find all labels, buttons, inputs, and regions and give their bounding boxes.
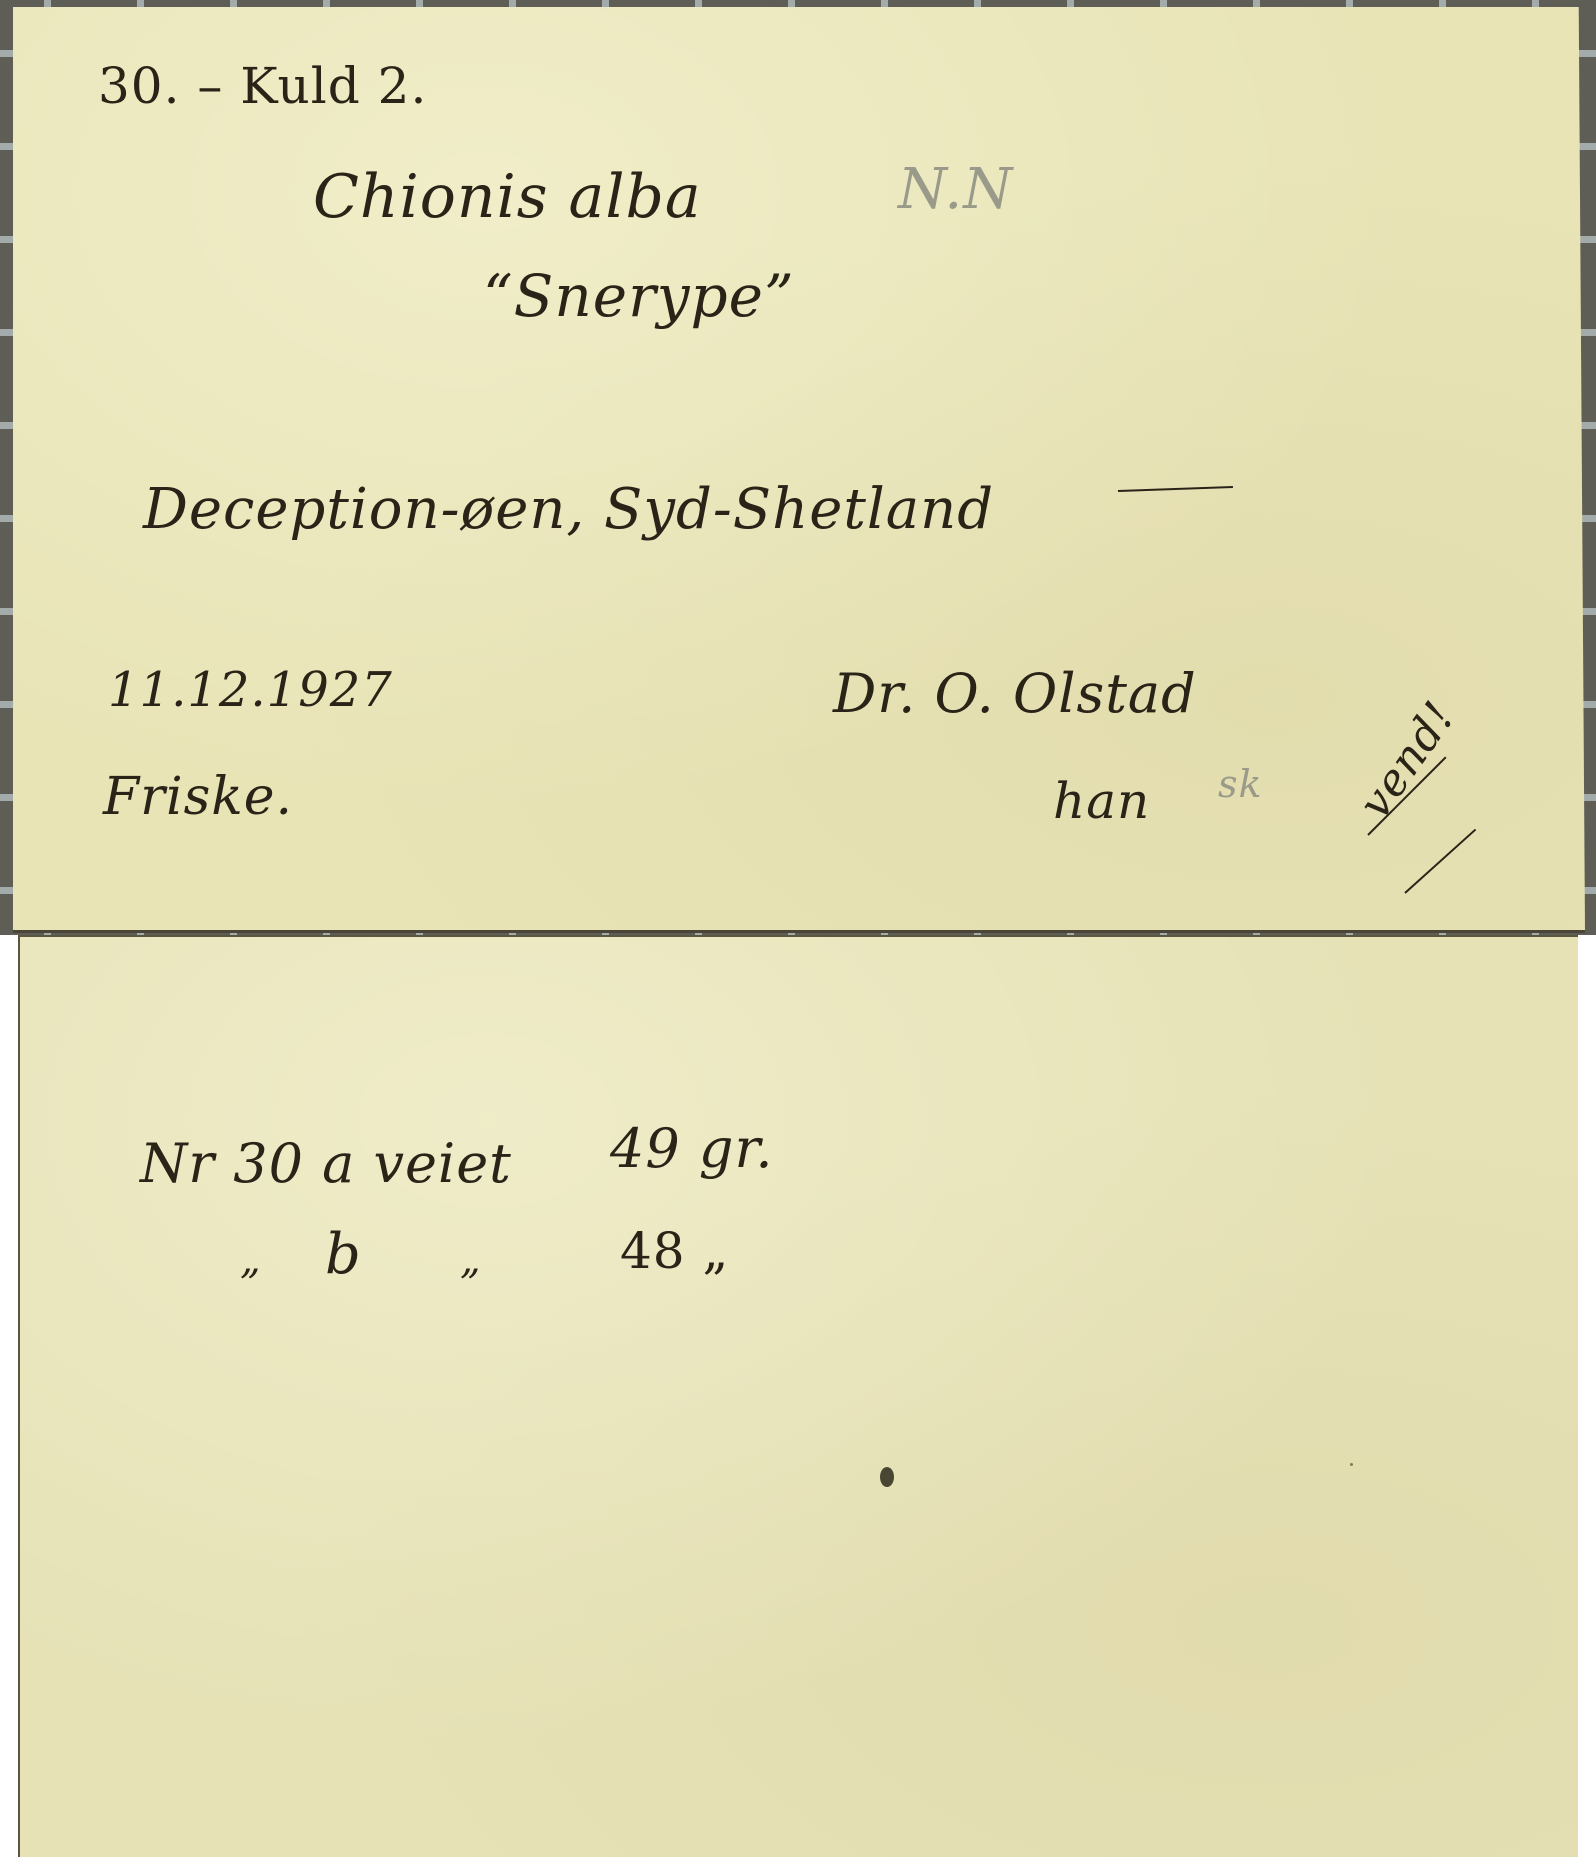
preservation-note: Friske.	[103, 767, 293, 827]
sex-note: han	[1053, 772, 1150, 830]
collection-date: 11.12.1927	[108, 662, 393, 718]
weight-row-a-value: 49 gr.	[610, 1117, 774, 1180]
species-name: Chionis alba	[313, 162, 702, 232]
weight-row-a-label: Nr 30 a veiet	[140, 1132, 512, 1195]
locality-trailing-stroke	[1118, 486, 1233, 492]
weight-row-b-label: b	[325, 1222, 362, 1287]
turn-note: vend!	[1349, 692, 1465, 828]
collector-name: Dr. O. Olstad	[833, 662, 1197, 725]
pencil-annotation-nn: N.N	[898, 157, 1013, 222]
turn-note-lower-stroke	[1404, 829, 1476, 894]
weight-row-b-value: 48 „	[620, 1222, 729, 1280]
label-card-front: 30. – Kuld 2. Chionis alba N.N “Snerype”…	[13, 7, 1585, 933]
weight-row-b-ditto-2: „	[460, 1237, 482, 1283]
locality: Deception-øen, Syd-Shetland	[143, 477, 994, 542]
pencil-annotation-sk: sk	[1218, 762, 1263, 806]
label-card-back: Nr 30 a veiet 49 gr. „ b „ 48 „	[18, 935, 1578, 1857]
catalog-header: 30. – Kuld 2.	[98, 57, 427, 115]
common-name: “Snerype”	[483, 262, 795, 330]
paper-speck	[1350, 1463, 1353, 1466]
ink-speck	[880, 1467, 894, 1487]
weight-row-b-ditto-1: „	[240, 1237, 262, 1283]
